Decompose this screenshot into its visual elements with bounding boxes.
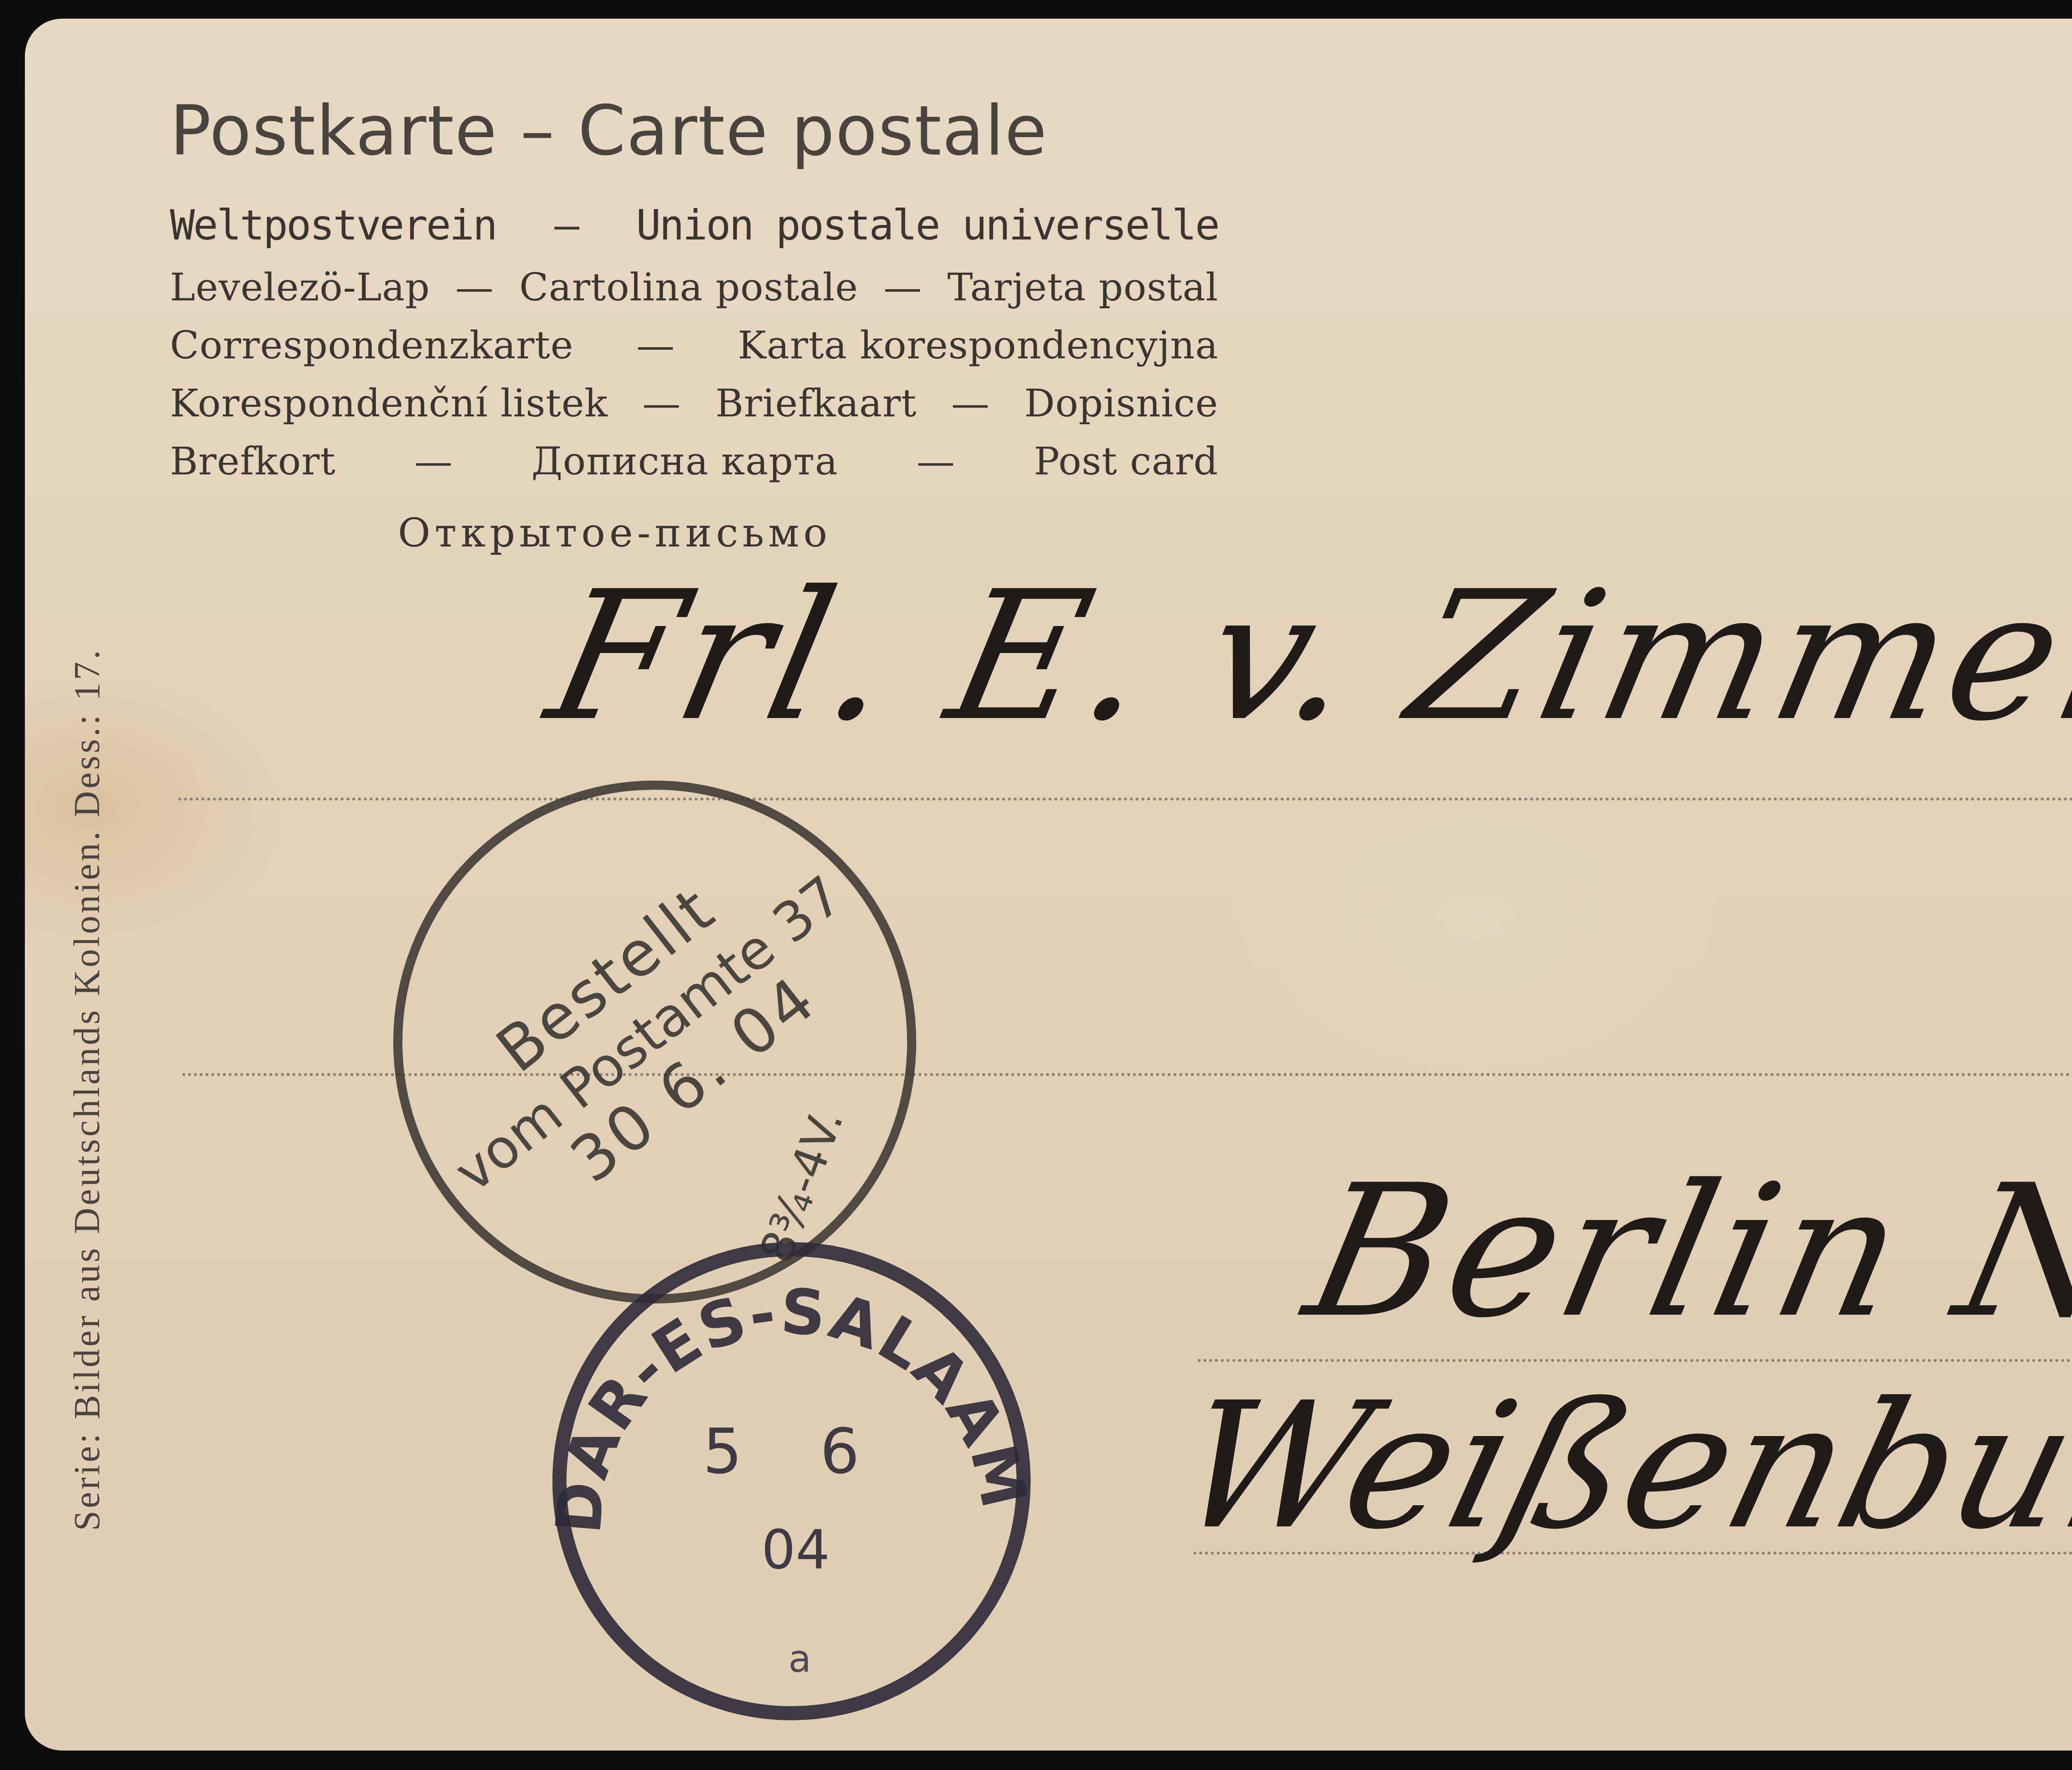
header-line-russian: Открытое-письмо xyxy=(398,510,831,556)
header-dash: — xyxy=(414,439,453,484)
postmark-dar-letter: a xyxy=(788,1637,811,1681)
header-dash: — xyxy=(951,381,990,426)
header-text: Tarjeta postal xyxy=(947,265,1218,310)
header-text: Cartolina postale xyxy=(519,265,858,310)
postmark-dar-arc-text: DAR-ES-SALAAM xyxy=(542,1276,1040,1536)
postmark-dar-date: 5 6 xyxy=(703,1416,889,1488)
header-text: Korespondenční listek xyxy=(170,381,608,426)
header-dash: — xyxy=(554,201,578,249)
recipient-name: Frl. E. v. Zimmermann xyxy=(533,553,2072,760)
header-text: Correspondenzkarte xyxy=(170,323,574,368)
postmark-dar-es-salaam: DAR-ES-SALAAM 5 6 04 a xyxy=(530,1208,1069,1746)
header-line-levelezo: Levelezö-Lap — Cartolina postale — Tarje… xyxy=(170,265,1218,310)
postcard-title: Postkarte – Carte postale xyxy=(170,91,1048,171)
header-text: Union postale universelle xyxy=(636,201,1218,249)
postmark-dar-year: 04 xyxy=(761,1518,830,1581)
header-text: Weltpostverein xyxy=(170,201,496,249)
address-line-3 xyxy=(1198,1359,2072,1362)
header-text: Briefkaart xyxy=(715,381,917,426)
header-text: Karta korespondencyjna xyxy=(738,323,1218,368)
recipient-city: Berlin N. xyxy=(1291,1146,2072,1358)
header-text: Brefkort xyxy=(170,439,336,484)
header-line-weltpostverein: Weltpostverein — Union postale universel… xyxy=(170,201,1218,249)
header-text: Levelezö-Lap xyxy=(170,265,430,310)
series-imprint: Serie: Bilder aus Deutschlands Kolonien.… xyxy=(66,648,108,1531)
header-dash: — xyxy=(917,439,955,484)
header-line-brefkort: Brefkort — Дописна карта — Post card xyxy=(170,439,1218,484)
recipient-street: Weißenburgerstraße 9. II. xyxy=(1160,1365,2072,1568)
header-dash: — xyxy=(637,323,675,368)
svg-text:DAR-ES-SALAAM: DAR-ES-SALAAM xyxy=(542,1276,1040,1536)
header-text: Dopisnice xyxy=(1024,381,1218,426)
header-dash: — xyxy=(884,265,922,310)
header-line-correspondenzkarte: Correspondenzkarte — Karta korespondency… xyxy=(170,323,1218,368)
postcard: Postkarte – Carte postale Weltpostverein… xyxy=(25,19,2072,1751)
header-text: Post card xyxy=(1034,439,1218,484)
header-dash: — xyxy=(455,265,494,310)
header-line-korespondencni: Korespondenční listek — Briefkaart — Dop… xyxy=(170,381,1218,426)
header-dash: — xyxy=(642,381,681,426)
header-text: Дописна карта xyxy=(532,439,838,484)
